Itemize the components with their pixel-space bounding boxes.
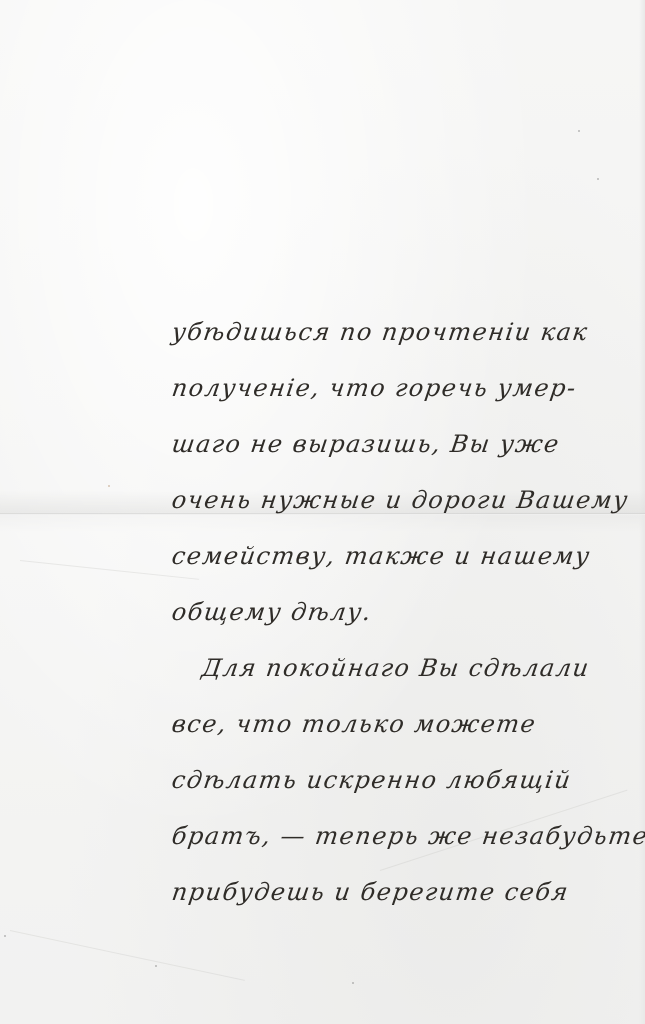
text-line-6: общему дѣлу. bbox=[166, 598, 624, 654]
text-line-3: шаго не выразишь, Вы уже bbox=[166, 430, 624, 486]
paper-speck bbox=[108, 485, 110, 487]
paper-speck bbox=[352, 982, 354, 984]
letter-page: убѣдишься по прочтеніи как полученіе, чт… bbox=[0, 0, 645, 1024]
handwritten-text: убѣдишься по прочтеніи как полученіе, чт… bbox=[170, 318, 620, 934]
text-line-2: полученіе, что горечь умер- bbox=[166, 374, 624, 430]
paper-crease bbox=[10, 930, 245, 981]
paper-speck bbox=[578, 130, 580, 132]
text-line-9: сдѣлать искренно любящій bbox=[166, 766, 624, 822]
paper-speck bbox=[155, 965, 157, 967]
text-line-8: все, что только можете bbox=[166, 710, 624, 766]
text-line-11: прибудешь и берегите себя bbox=[166, 878, 624, 934]
text-line-10: братъ, — теперь же незабудьте bbox=[166, 822, 624, 878]
text-line-7: Для покойнаго Вы сдѣлали bbox=[166, 654, 624, 710]
text-line-5: семейству, также и нашему bbox=[166, 542, 624, 598]
paper-speck bbox=[597, 178, 599, 180]
paper-speck bbox=[4, 935, 6, 937]
text-line-1: убѣдишься по прочтеніи как bbox=[166, 318, 624, 374]
text-line-4: очень нужные и дороги Вашему bbox=[166, 486, 624, 542]
